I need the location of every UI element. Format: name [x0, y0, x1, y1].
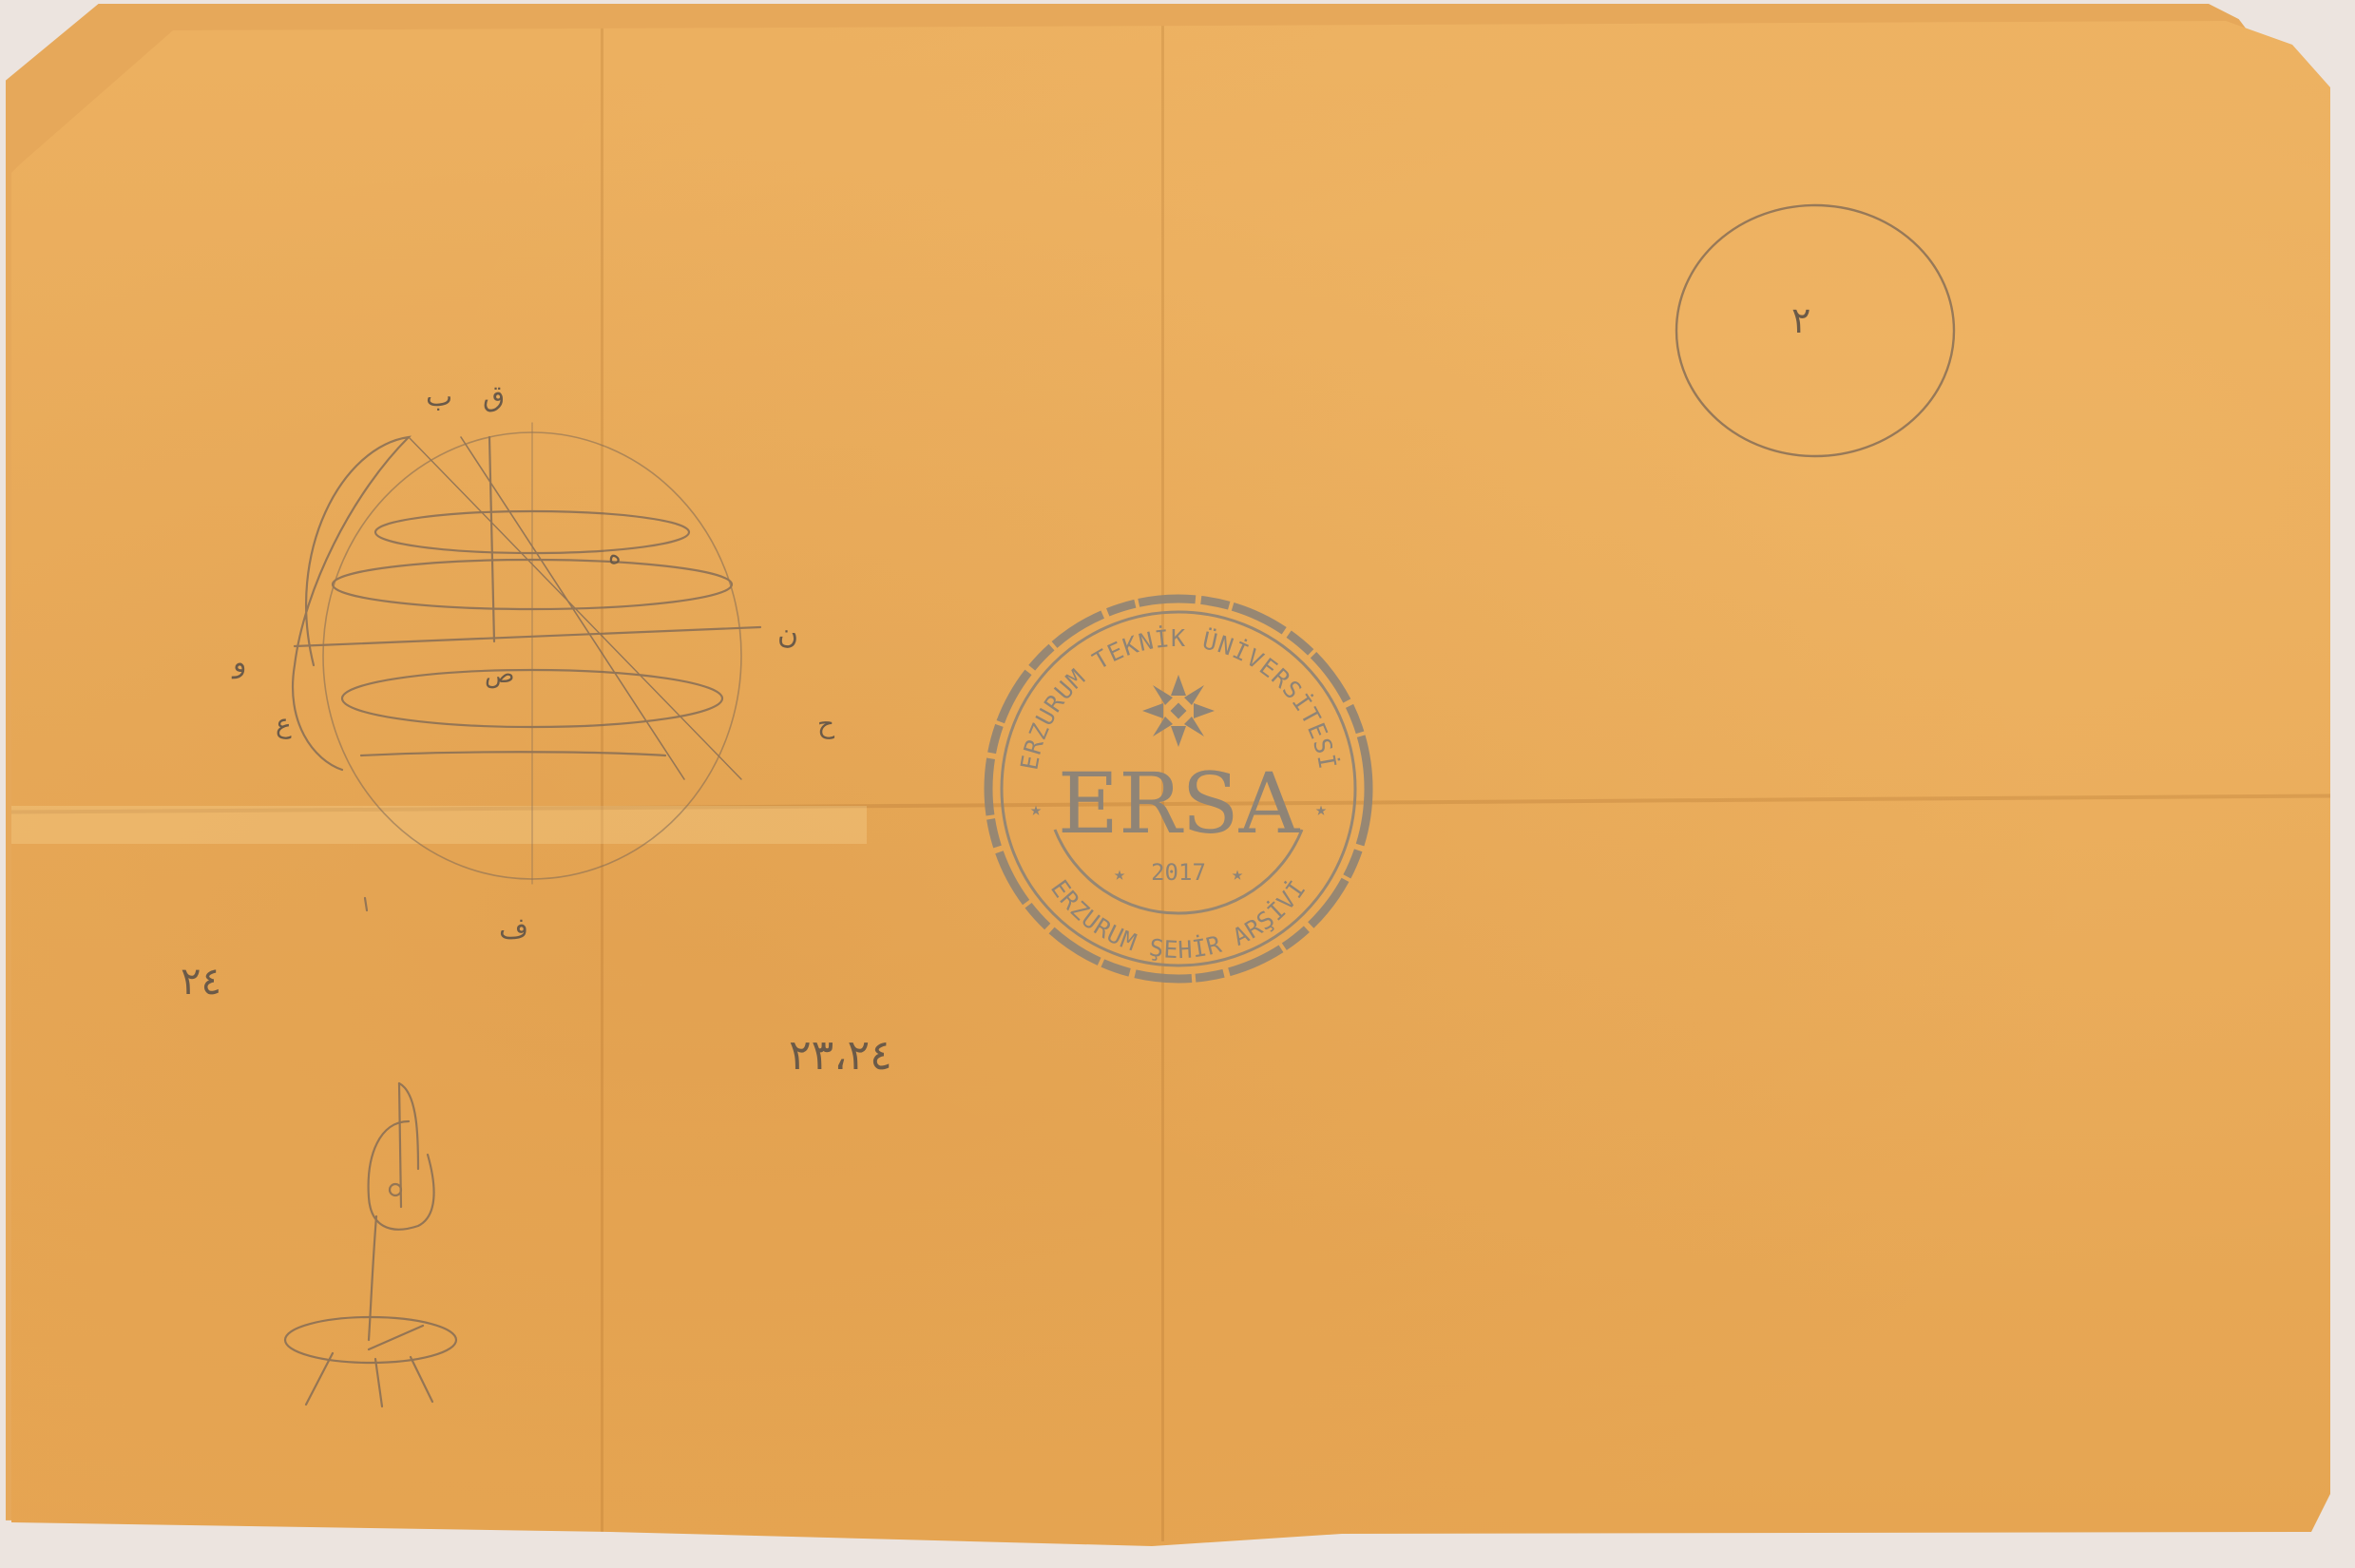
pencil-mark — [365, 898, 367, 910]
star-icon: ★ — [1315, 797, 1327, 820]
star-icon: ★ — [1114, 862, 1125, 885]
sphere-label-lower-left: ع — [276, 708, 292, 739]
circle-sketch — [1676, 205, 1954, 456]
sphere-label-top-2: ق — [483, 380, 505, 413]
sphere-label-inner: ه — [608, 542, 622, 570]
star-icon: ★ — [1030, 797, 1042, 820]
archive-scan: ب ق ن و ف ع ح ص ه ٢ ٢٤ ٢٣،٢٤ ERZURUM TEK… — [0, 0, 2355, 1568]
sphere-label-lower-right: ح — [817, 708, 834, 739]
sphere-label-bottom: ف — [499, 912, 528, 946]
left-note: ٢٤ — [181, 960, 221, 1004]
stool-sketch — [285, 1083, 456, 1406]
stamp-top-text: ERZURUM TEKNİK ÜNİVERSİTESİ — [1015, 624, 1341, 772]
stamp-center-text: ERSA — [1058, 755, 1301, 852]
circle-label: ٢ — [1791, 299, 1810, 341]
snowflake-emblem-icon — [1142, 675, 1215, 747]
sphere-label-left: و — [233, 646, 247, 679]
sphere-label-center: ص — [485, 660, 514, 689]
star-icon: ★ — [1232, 862, 1243, 885]
armillary-sphere-sketch — [293, 423, 760, 884]
stamp-year: 2017 — [1151, 859, 1206, 886]
sphere-label-right: ن — [777, 618, 798, 651]
sphere-label-top: ب — [426, 380, 452, 413]
middle-note: ٢٣،٢٤ — [789, 1031, 892, 1080]
archive-stamp: ERZURUM TEKNİK ÜNİVERSİTESİ ERZURUM ŞEHİ… — [977, 587, 1380, 990]
